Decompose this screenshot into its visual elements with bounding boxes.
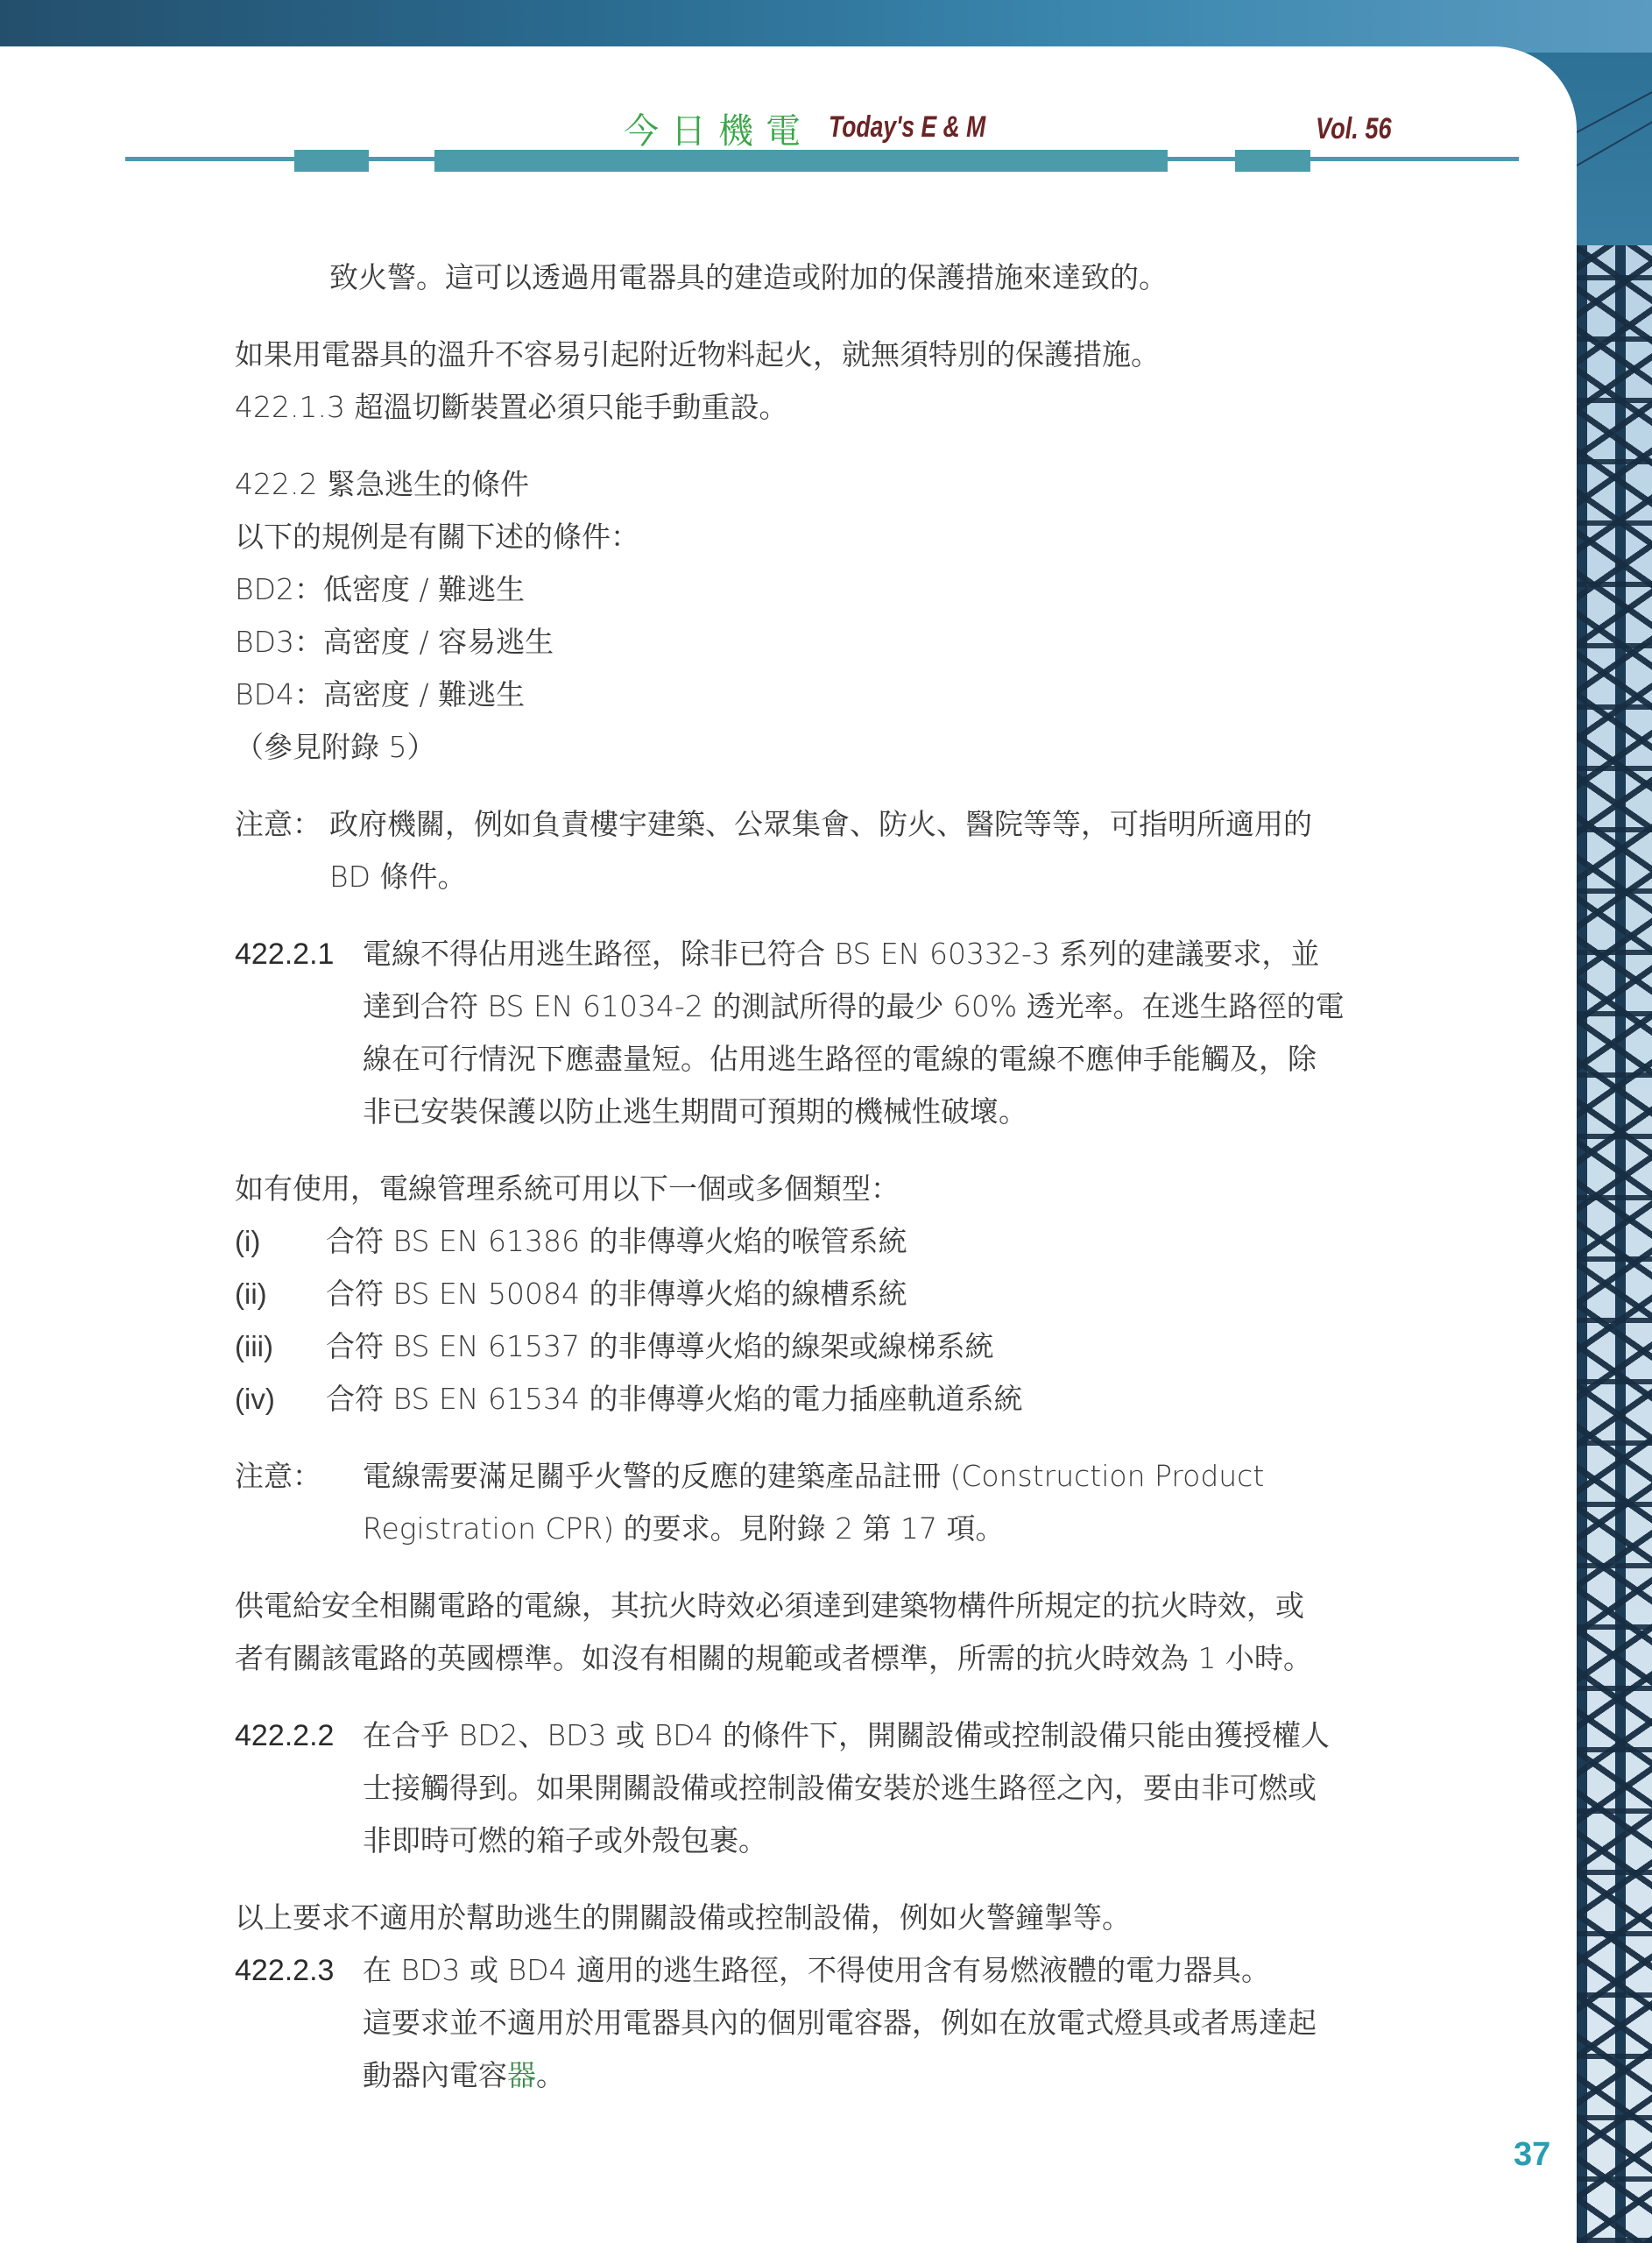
bd-condition-item: BD2：低密度 / 難逃生 bbox=[235, 563, 1426, 616]
power-line-decoration bbox=[1577, 82, 1652, 133]
volume-label: Vol. 56 bbox=[1316, 112, 1392, 146]
transmission-tower-image bbox=[1577, 245, 1652, 2243]
clause-text: 士接觸得到。如果開關設備或控制設備安裝於逃生路徑之內，要由非可燃或 bbox=[363, 1762, 1330, 1815]
note-text: 政府機關，例如負責樓宇建築、公眾集會、防火、醫院等等，可指明所適用的 bbox=[329, 798, 1312, 851]
item-label: (iv) bbox=[235, 1373, 326, 1426]
clause-number: 422.2.3 bbox=[235, 1944, 363, 2102]
clause-text-segment: 。 bbox=[536, 2058, 565, 2092]
paragraph-continuation: 致火警。這可以透過用電器具的建造或附加的保護措施來達致的。 bbox=[235, 251, 1426, 304]
header-rule-block bbox=[294, 150, 369, 172]
clause-422-2-1: 422.2.1 電線不得佔用逃生路徑，除非已符合 BS EN 60332-3 系… bbox=[235, 928, 1426, 1138]
paragraph: 如果用電器具的溫升不容易引起附近物料起火，就無須特別的保護措施。 bbox=[235, 329, 1426, 381]
clause-number: 422.2.2 bbox=[235, 1709, 363, 1867]
wiring-type-item: (iii) 合符 BS EN 61537 的非傳導火焰的線架或線梯系統 bbox=[235, 1320, 1426, 1373]
item-text: 合符 BS EN 61537 的非傳導火焰的線架或線梯系統 bbox=[326, 1320, 993, 1373]
item-text: 合符 BS EN 61534 的非傳導火焰的電力插座軌道系統 bbox=[326, 1373, 1022, 1426]
bd-condition-item: BD4：高密度 / 難逃生 bbox=[235, 669, 1426, 721]
clause-text: 非已安裝保護以防止逃生期間可預期的機械性破壞。 bbox=[363, 1086, 1345, 1138]
item-label: (iii) bbox=[235, 1320, 326, 1373]
clause-text: 線在可行情況下應盡量短。佔用逃生路徑的電線的電線不應伸手能觸及，除 bbox=[363, 1033, 1345, 1086]
magazine-title-chinese: 今日機電 bbox=[624, 103, 813, 153]
safety-circuit-paragraph: 供電給安全相關電路的電線，其抗火時效必須達到建築物構件所規定的抗火時效，或 bbox=[235, 1580, 1426, 1632]
wiring-type-item: (ii) 合符 BS EN 50084 的非傳導火焰的線槽系統 bbox=[235, 1268, 1426, 1320]
magazine-title-english: Today's E & M bbox=[829, 110, 985, 145]
note-block: 注意： 電線需要滿足關乎火警的反應的建築產品註冊 (Construction P… bbox=[235, 1450, 1426, 1555]
note-block: 注意： 政府機關，例如負責樓宇建築、公眾集會、防火、醫院等等，可指明所適用的 B… bbox=[235, 798, 1426, 903]
top-banner bbox=[0, 0, 1652, 53]
item-text: 合符 BS EN 61386 的非傳導火焰的喉管系統 bbox=[326, 1215, 907, 1268]
clause-text: 這要求並不適用於用電器具內的個別電容器，例如在放電式燈具或者馬達起 bbox=[363, 1997, 1317, 2049]
wiring-type-item: (iv) 合符 BS EN 61534 的非傳導火焰的電力插座軌道系統 bbox=[235, 1373, 1426, 1426]
item-label: (ii) bbox=[235, 1268, 326, 1320]
note-label: 注意： bbox=[235, 798, 329, 903]
note-text: Registration CPR) 的要求。見附錄 2 第 17 項。 bbox=[363, 1503, 1264, 1555]
wiring-type-item: (i) 合符 BS EN 61386 的非傳導火焰的喉管系統 bbox=[235, 1215, 1426, 1268]
bd-condition-item: BD3：高密度 / 容易逃生 bbox=[235, 616, 1426, 669]
wiring-systems-intro: 如有使用，電線管理系統可用以下一個或多個類型： bbox=[235, 1163, 1426, 1215]
clause-text: 在 BD3 或 BD4 適用的逃生路徑，不得使用含有易燃液體的電力器具。 bbox=[363, 1944, 1317, 1997]
clause-422-2-2: 422.2.2 在合乎 BD2、BD3 或 BD4 的條件下，開關設備或控制設備… bbox=[235, 1709, 1426, 1867]
note-label: 注意： bbox=[235, 1450, 363, 1555]
power-line-decoration bbox=[1577, 112, 1652, 166]
clause-422-1-3: 422.1.3 超溫切斷裝置必須只能手動重設。 bbox=[235, 381, 1426, 434]
item-label: (i) bbox=[235, 1215, 326, 1268]
section-intro: 以下的規例是有關下述的條件： bbox=[235, 511, 1426, 563]
article-body: 致火警。這可以透過用電器具的建造或附加的保護措施來達致的。 如果用電器具的溫升不… bbox=[235, 251, 1426, 2102]
exception-paragraph: 以上要求不適用於幫助逃生的開關設備或控制設備，例如火警鐘掣等。 bbox=[235, 1892, 1426, 1944]
clause-text: 動器內電容器。 bbox=[363, 2049, 1317, 2102]
section-heading-422-2: 422.2 緊急逃生的條件 bbox=[235, 458, 1426, 511]
clause-number: 422.2.1 bbox=[235, 928, 363, 1138]
note-text: BD 條件。 bbox=[329, 851, 1312, 903]
appendix-reference: （參見附錄 5） bbox=[235, 721, 1426, 774]
safety-circuit-paragraph: 者有關該電路的英國標準。如沒有相關的規範或者標準，所需的抗火時效為 1 小時。 bbox=[235, 1632, 1426, 1685]
clause-text: 達到合符 BS EN 61034-2 的測試所得的最少 60% 透光率。在逃生路… bbox=[363, 980, 1345, 1033]
note-text: 電線需要滿足關乎火警的反應的建築產品註冊 (Construction Produ… bbox=[363, 1450, 1264, 1503]
clause-text: 電線不得佔用逃生路徑，除非已符合 BS EN 60332-3 系列的建議要求，並 bbox=[363, 928, 1345, 980]
header-rule-block bbox=[1235, 150, 1310, 172]
clause-text-segment: 動器內電容 bbox=[363, 2058, 507, 2092]
clause-422-2-3: 422.2.3 在 BD3 或 BD4 適用的逃生路徑，不得使用含有易燃液體的電… bbox=[235, 1944, 1426, 2102]
item-text: 合符 BS EN 50084 的非傳導火焰的線槽系統 bbox=[326, 1268, 907, 1320]
clause-text: 非即時可燃的箱子或外殼包裹。 bbox=[363, 1815, 1330, 1867]
page-number: 37 bbox=[1514, 2136, 1550, 2174]
clause-text-highlight: 器 bbox=[507, 2058, 536, 2092]
clause-text: 在合乎 BD2、BD3 或 BD4 的條件下，開關設備或控制設備只能由獲授權人 bbox=[363, 1709, 1330, 1762]
